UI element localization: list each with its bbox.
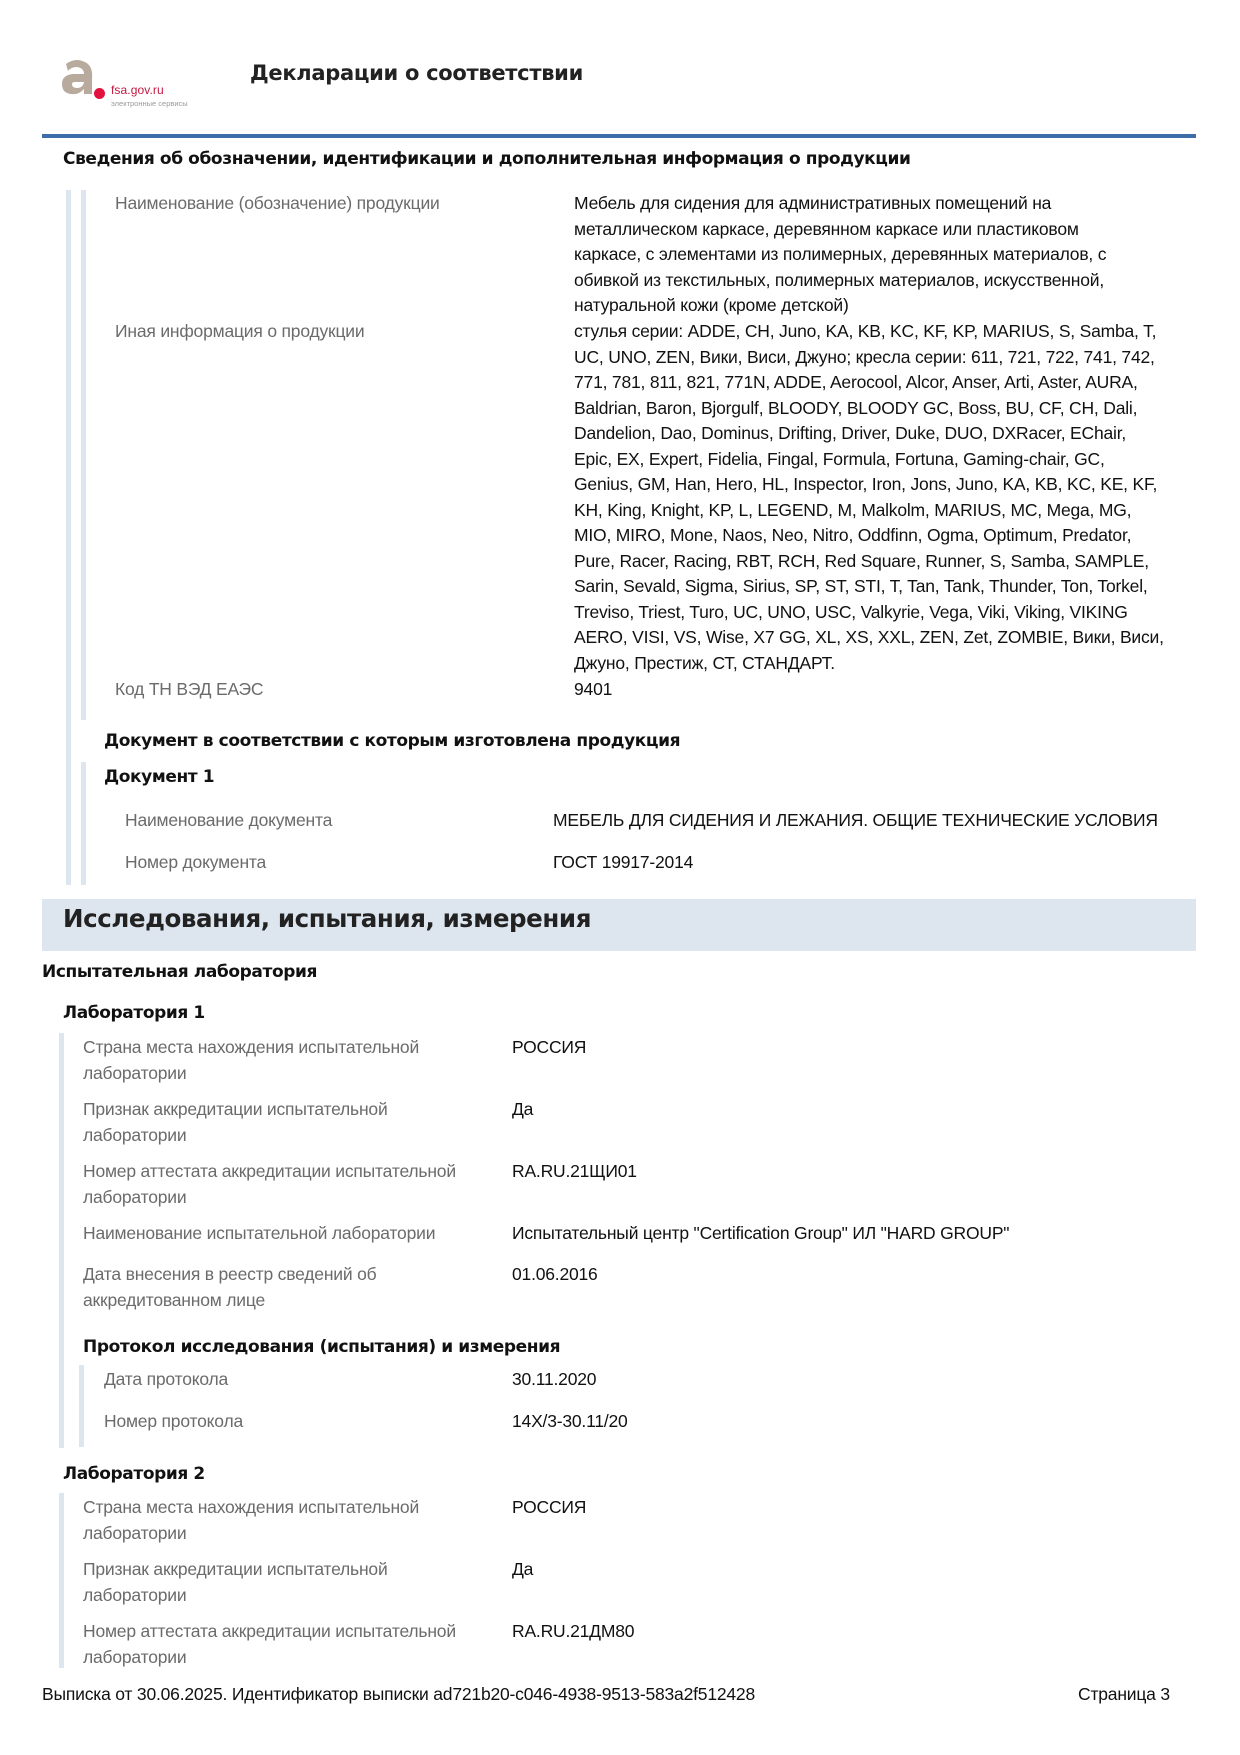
value-line: KH, King, Knight, KP, L, LEGEND, M, Malk… [574,498,1234,524]
field-label-document-number: Номер документа [125,850,266,876]
value-line: Джуно, Престиж, СТ, СТАНДАРТ. [574,651,1234,677]
value-line: Dandelion, Dao, Dominus, Drifting, Drive… [574,421,1234,447]
value-line: Treviso, Triest, Turo, UC, UNO, USC, Val… [574,600,1234,626]
protocol-bar [79,1365,84,1447]
label-line: Наименование испытательной лаборатории [83,1221,435,1247]
label-line: лаборатории [83,1645,456,1671]
document-bar [81,762,86,885]
value-line: Genius, GM, Han, Hero, HL, Inspector, Ir… [574,472,1234,498]
logo-subtitle: электронные сервисы [111,99,188,108]
field-value-document-name: МЕБЕЛЬ ДЛЯ СИДЕНИЯ И ЛЕЖАНИЯ. ОБЩИЕ ТЕХН… [553,808,1158,834]
document-1-title: Документ 1 [104,767,214,787]
header-divider [42,134,1196,138]
value-line: Мебель для сидения для административных … [574,191,1214,217]
field-label-document-name: Наименование документа [125,808,332,834]
product-inner-bar [81,190,86,720]
fsa-a-logo-icon [60,58,94,96]
lab-1-title: Лаборатория 1 [63,1003,205,1023]
label-line: Страна места нахождения испытательной [83,1035,419,1061]
label-line: лаборатории [83,1061,419,1087]
lab1-value-registry-date: 01.06.2016 [512,1262,598,1288]
lab-2-bar [59,1493,64,1668]
lab2-value-accreditation: Да [512,1557,533,1583]
footer-extract-id: Выписка от 30.06.2025. Идентификатор вып… [42,1684,755,1705]
protocol-label-date: Дата протокола [104,1367,228,1393]
label-line: Признак аккредитации испытательной [83,1097,388,1123]
field-value-product-name: Мебель для сидения для административных … [574,191,1214,319]
logo-site: fsa.gov.ru [111,83,164,97]
field-value-tnved: 9401 [574,677,612,703]
lab1-label-country: Страна места нахождения испытательной ла… [83,1035,419,1086]
lab2-value-country: РОССИЯ [512,1495,586,1521]
protocol-heading: Протокол исследования (испытания) и изме… [83,1337,560,1357]
lab1-value-certificate: RA.RU.21ЩИ01 [512,1159,637,1185]
fsa-logo: fsa.gov.ru электронные сервисы [58,56,208,112]
lab2-label-certificate: Номер аттестата аккредитации испытательн… [83,1619,456,1670]
product-outer-bar [66,190,71,885]
logo-dot-icon [94,88,105,99]
value-line: обивкой из текстильных, полимерных матер… [574,268,1214,294]
field-value-document-number: ГОСТ 19917-2014 [553,850,693,876]
value-line: натуральной кожи (кроме детской) [574,293,1214,319]
footer-page-number: Страница 3 [1078,1684,1170,1705]
field-value-other-info: стулья серии: ADDE, CH, Juno, KA, KB, KC… [574,319,1234,676]
lab1-value-accreditation: Да [512,1097,533,1123]
lab2-value-certificate: RA.RU.21ДМ80 [512,1619,634,1645]
protocol-value-date: 30.11.2020 [512,1367,596,1393]
label-line: Номер аттестата аккредитации испытательн… [83,1159,456,1185]
value-line: Sarin, Sevald, Sigma, Sirius, SP, ST, ST… [574,574,1234,600]
product-section-heading: Сведения об обозначении, идентификации и… [63,149,911,169]
documents-heading: Документ в соответствии с которым изгото… [104,731,680,751]
label-line: лаборатории [83,1123,388,1149]
lab2-label-country: Страна места нахождения испытательной ла… [83,1495,419,1546]
value-line: стулья серии: ADDE, CH, Juno, KA, KB, KC… [574,319,1234,345]
label-line: лаборатории [83,1521,419,1547]
research-section-title: Исследования, испытания, измерения [63,904,591,933]
value-line: Epic, EX, Expert, Fidelia, Fingal, Formu… [574,447,1234,473]
label-line: лаборатории [83,1583,388,1609]
label-line: лаборатории [83,1185,456,1211]
lab-2-title: Лаборатория 2 [63,1464,205,1484]
value-line: UC, UNO, ZEN, Вики, Виси, Джуно; кресла … [574,345,1234,371]
value-line: MIO, MIRO, Mone, Naos, Neo, Nitro, Oddfi… [574,523,1234,549]
value-line: Baldrian, Baron, Bjorgulf, BLOODY, BLOOD… [574,396,1234,422]
page-title: Декларации о соответствии [250,61,583,85]
value-line: AERO, VISI, VS, Wise, X7 GG, XL, XS, XXL… [574,625,1234,651]
lab-1-bar [59,1033,64,1448]
lab1-label-accreditation: Признак аккредитации испытательной лабор… [83,1097,388,1148]
protocol-value-number: 14X/3-30.11/20 [512,1409,628,1435]
lab1-value-name: Испытательный центр "Certification Group… [512,1221,1009,1247]
label-line: Дата внесения в реестр сведений об [83,1262,376,1288]
testing-lab-heading: Испытательная лаборатория [42,962,317,982]
lab1-label-name: Наименование испытательной лаборатории [83,1221,435,1247]
field-label-other-info: Иная информация о продукции [115,319,364,345]
value-line: металлическом каркасе, деревянном каркас… [574,217,1214,243]
field-label-product-name: Наименование (обозначение) продукции [115,191,440,217]
value-line: 771, 781, 811, 821, 771N, ADDE, Aerocool… [574,370,1234,396]
label-line: Номер аттестата аккредитации испытательн… [83,1619,456,1645]
protocol-label-number: Номер протокола [104,1409,243,1435]
lab1-label-certificate: Номер аттестата аккредитации испытательн… [83,1159,456,1210]
value-line: Pure, Racer, Racing, RBT, RCH, Red Squar… [574,549,1234,575]
lab1-label-registry-date: Дата внесения в реестр сведений об аккре… [83,1262,376,1313]
lab1-value-country: РОССИЯ [512,1035,586,1061]
value-line: каркасе, с элементами из полимерных, дер… [574,242,1214,268]
field-label-tnved: Код ТН ВЭД ЕАЭС [115,677,263,703]
label-line: Страна места нахождения испытательной [83,1495,419,1521]
label-line: Признак аккредитации испытательной [83,1557,388,1583]
lab2-label-accreditation: Признак аккредитации испытательной лабор… [83,1557,388,1608]
label-line: аккредитованном лице [83,1288,376,1314]
